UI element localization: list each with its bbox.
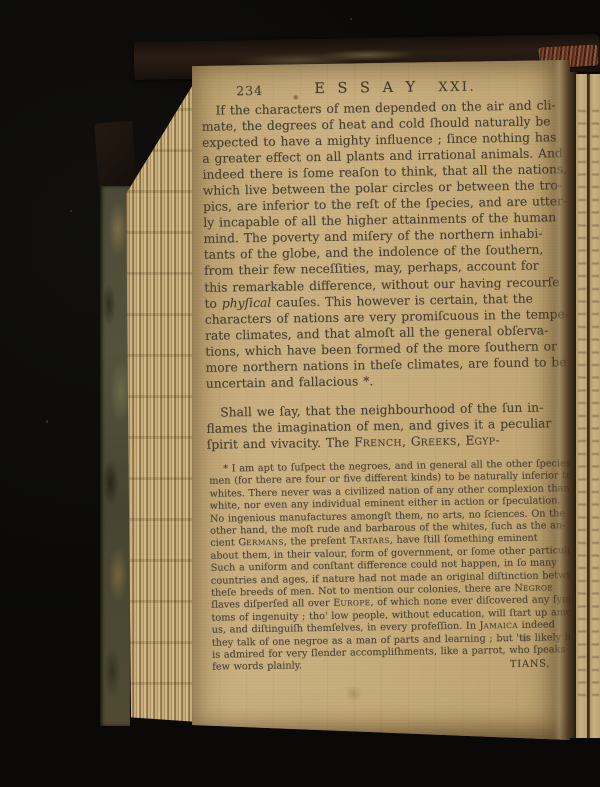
next-page-faint-text	[592, 106, 599, 698]
photo-background: 234 E S S A Y XXI. If the characters of …	[0, 0, 600, 787]
body-paragraph-2: Shall we ſay, that the neighbourhood of …	[206, 399, 557, 455]
marbled-board-edge	[100, 186, 130, 726]
next-page-sliver	[576, 74, 587, 738]
paper-stain	[344, 686, 364, 700]
book-page: 234 E S S A Y XXI. If the characters of …	[192, 60, 570, 740]
page-content: 234 E S S A Y XXI. If the characters of …	[188, 57, 577, 743]
footnote: * I am apt to ſuſpect the negroes, and i…	[209, 458, 580, 675]
dust-speck	[46, 420, 48, 423]
catchword: TIANS,	[510, 659, 551, 672]
text-block: If the characters of men depended on the…	[201, 97, 560, 674]
fore-edge-page-block	[126, 70, 198, 722]
running-title: E S S A Y	[314, 79, 419, 97]
running-number: XXI.	[438, 79, 476, 95]
dust-speck	[350, 18, 352, 20]
body-paragraph-1: If the characters of men depended on the…	[201, 97, 555, 391]
dust-speck	[70, 210, 72, 212]
footnote-lines: * I am apt to ſuſpect the negroes, and i…	[209, 458, 580, 675]
running-head: E S S A Y XXI.	[188, 74, 566, 99]
next-page-faint-text	[578, 106, 586, 698]
next-page-sliver	[590, 74, 600, 738]
